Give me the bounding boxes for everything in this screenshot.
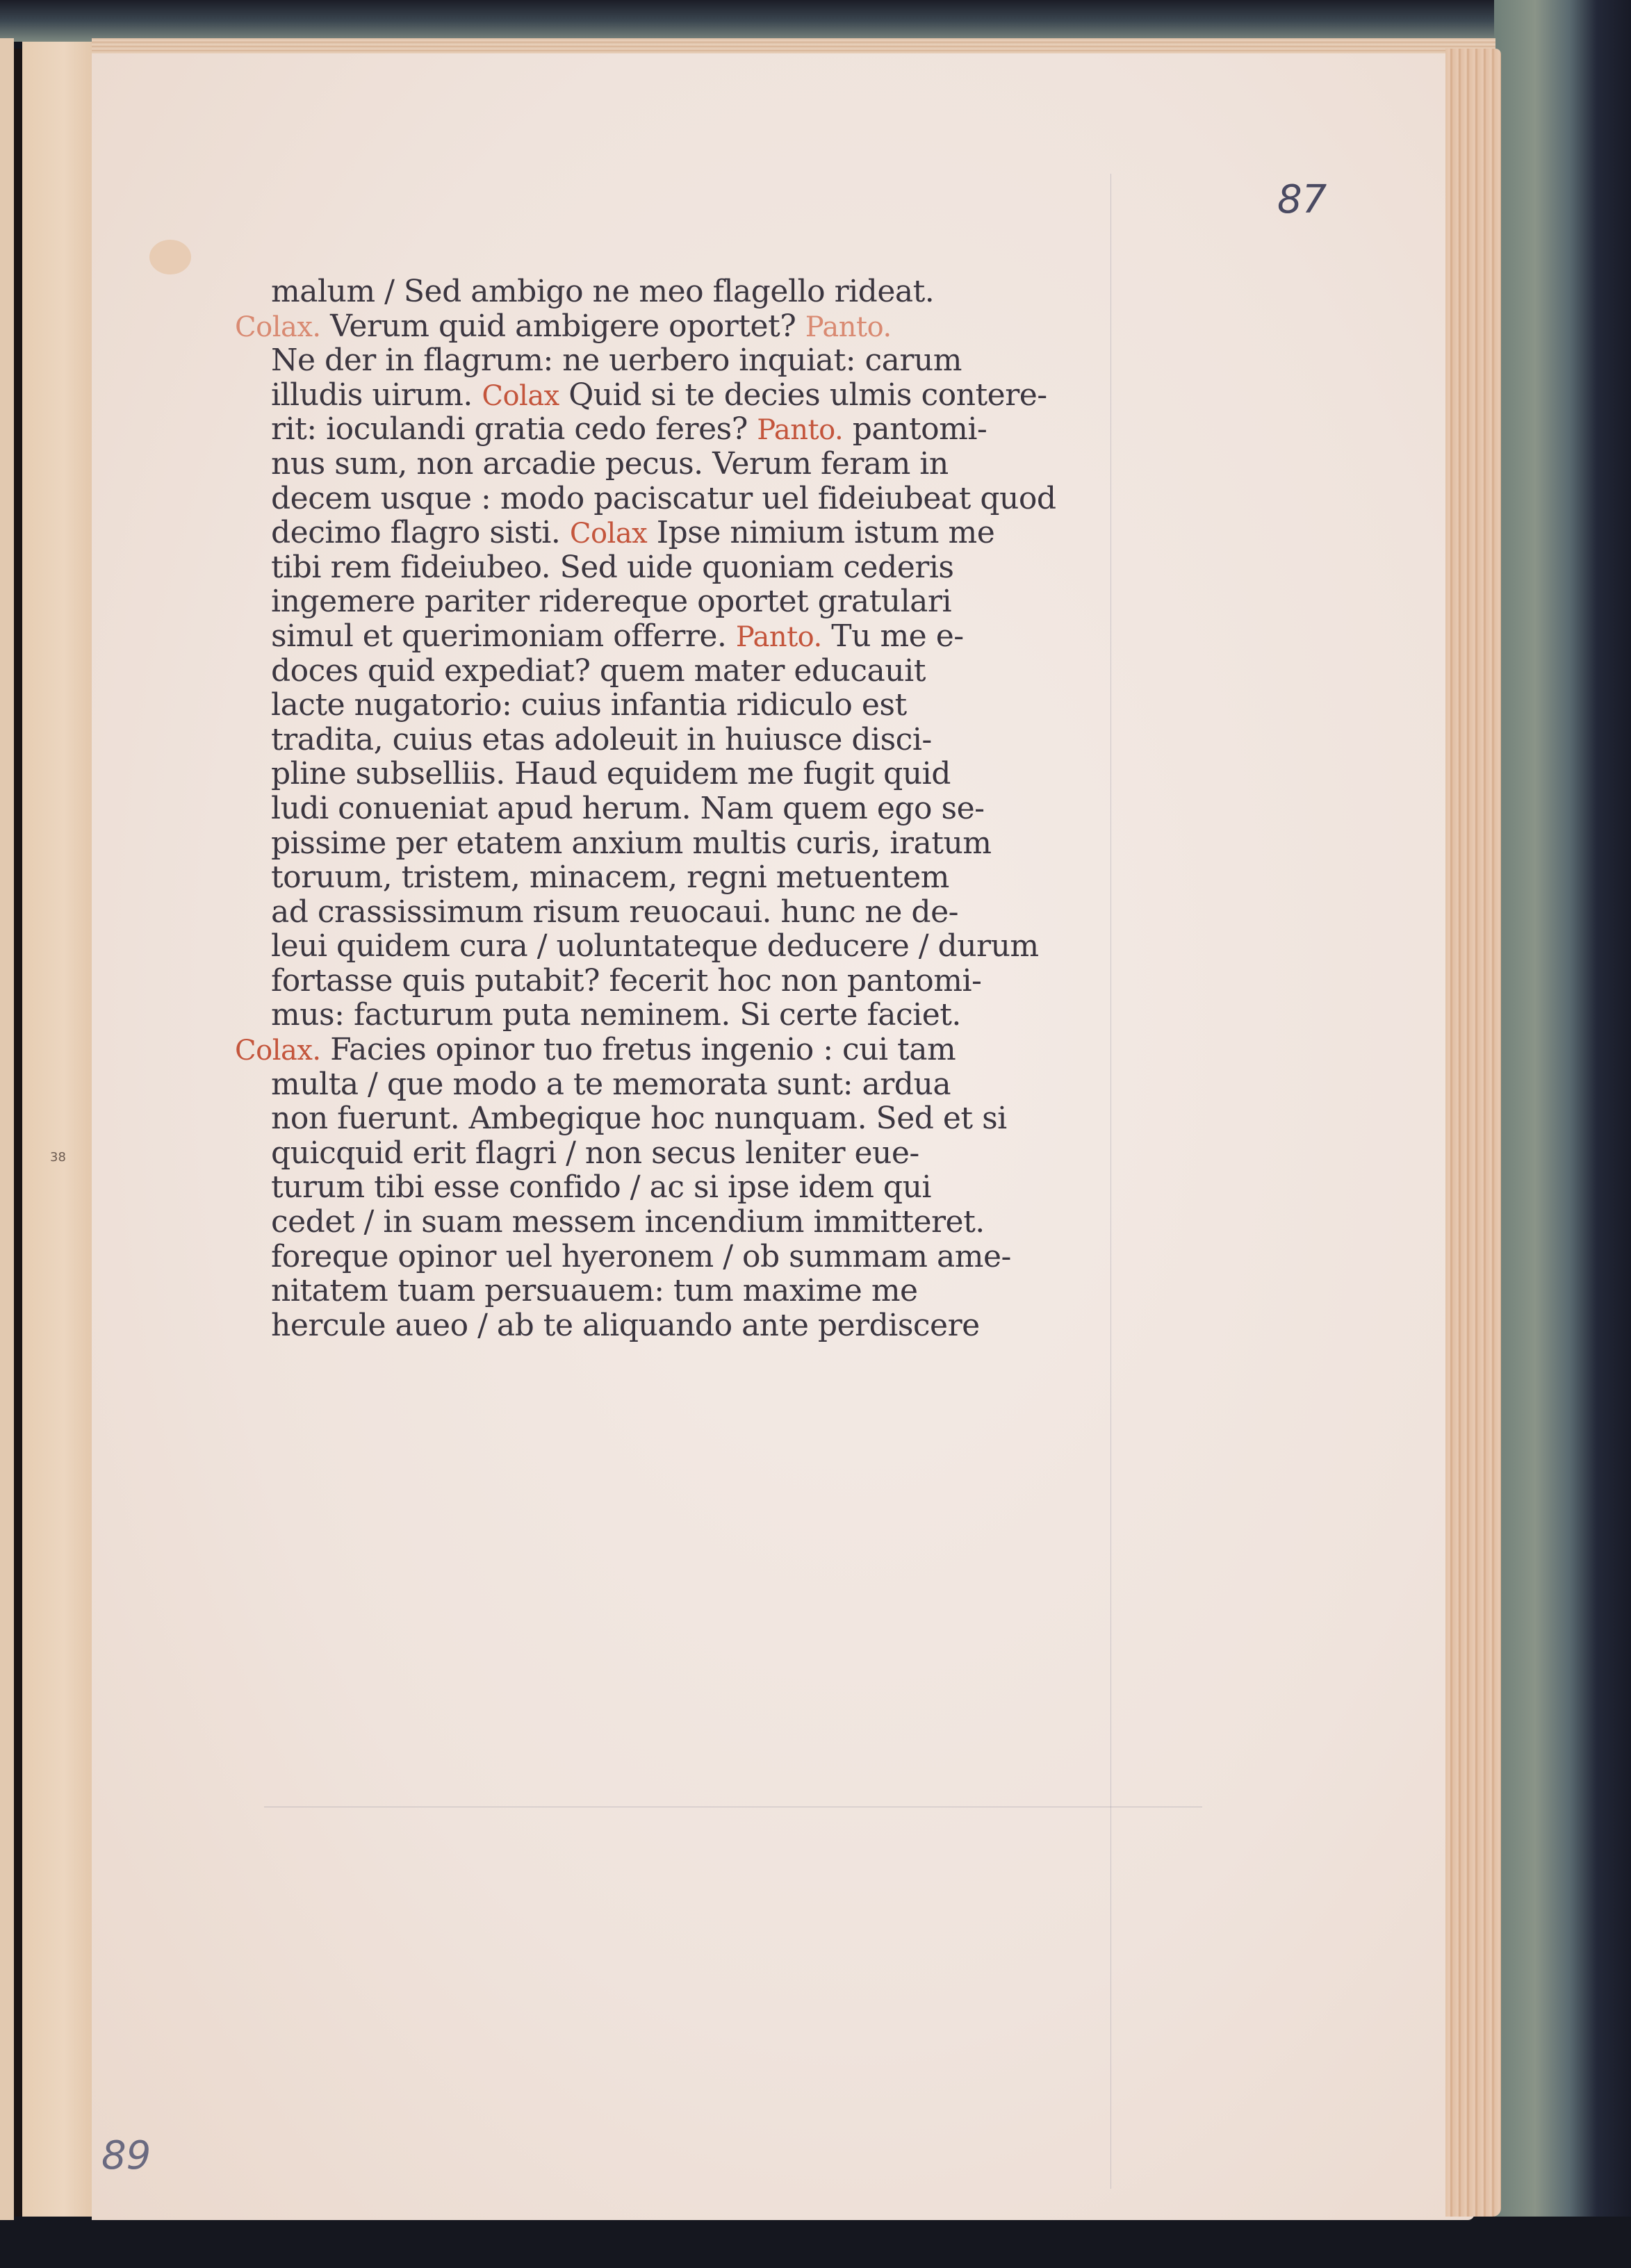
rubric-speaker-name: Panto. (805, 311, 892, 343)
text-segment: Ipse nimium istum me (647, 515, 994, 550)
rubric-speaker-name: Colax (570, 518, 647, 550)
text-segment: mus: facturum puta neminem. Si certe fac… (271, 997, 961, 1033)
text-segment: Ne der in flagrum: ne uerbero inquiat: c… (271, 343, 962, 378)
folio-number-top: 87 (1277, 177, 1327, 222)
page-top-edge (92, 38, 1495, 54)
text-line: hercule aueo / ab te aliquando ante perd… (271, 1308, 1147, 1343)
text-segment: malum / Sed ambigo ne meo flagello ridea… (271, 274, 934, 309)
text-line: cedet / in suam messem incendium immitte… (271, 1205, 1147, 1240)
binding-bottom (0, 2217, 1631, 2268)
text-segment: tradita, cuius etas adoleuit in huiusce … (271, 722, 932, 757)
text-segment: ingemere pariter ridereque oportet gratu… (271, 584, 951, 619)
text-line: decimo flagro sisti. Colax Ipse nimium i… (271, 516, 1147, 550)
text-line: Colax. Facies opinor tuo fretus ingenio … (235, 1033, 1147, 1067)
text-segment: nus sum, non arcadie pecus. Verum feram … (271, 446, 949, 482)
text-segment: fortasse quis putabit? fecerit hoc non p… (271, 963, 981, 999)
rubric-speaker-name: Panto. (757, 414, 843, 446)
text-segment: Verum quid ambigere oportet? (321, 309, 805, 344)
text-segment: pline subselliis. Haud equidem me fugit … (271, 756, 951, 791)
text-line: ad crassissimum risum reuocaui. hunc ne … (271, 895, 1147, 930)
text-segment: multa / que modo a te memorata sunt: ard… (271, 1067, 951, 1102)
text-line: leui quidem cura / uoluntateque deducere… (271, 929, 1147, 964)
text-line: doces quid expediat? quem mater educauit (271, 654, 1147, 689)
text-line: tibi rem fideiubeo. Sed uide quoniam ced… (271, 550, 1147, 585)
text-segment: ludi conueniat apud herum. Nam quem ego … (271, 791, 985, 826)
text-line: multa / que modo a te memorata sunt: ard… (271, 1067, 1147, 1102)
rubric-speaker-name: Colax. (235, 311, 321, 343)
text-line: Ne der in flagrum: ne uerbero inquiat: c… (271, 343, 1147, 378)
text-line: Colax. Verum quid ambigere oportet? Pant… (235, 309, 1147, 344)
text-segment: quicquid erit flagri / non secus leniter… (271, 1135, 919, 1171)
gutter (14, 49, 22, 2217)
folio-number-bottom: 89 (101, 2133, 151, 2178)
text-segment: nitatem tuam persuauem: tum maxime me (271, 1273, 918, 1308)
rubric-speaker-name: Colax (482, 380, 559, 412)
text-segment: pantomi- (843, 411, 987, 447)
text-segment: Tu me e- (822, 618, 964, 654)
binding-stub (22, 42, 92, 2217)
text-block: malum / Sed ambigo ne meo flagello ridea… (271, 274, 1147, 1342)
verso-page-edge (0, 38, 14, 2220)
text-segment: Quid si te decies ulmis contere- (559, 377, 1047, 413)
text-line: ludi conueniat apud herum. Nam quem ego … (271, 791, 1147, 826)
text-segment: tibi rem fideiubeo. Sed uide quoniam ced… (271, 550, 953, 585)
text-line: turum tibi esse confido / ac si ipse ide… (271, 1170, 1147, 1205)
text-line: non fuerunt. Ambegique hoc nunquam. Sed … (271, 1101, 1147, 1136)
binding-cover-right (1494, 0, 1631, 2268)
page-fore-edge (1445, 49, 1501, 2217)
text-segment: non fuerunt. Ambegique hoc nunquam. Sed … (271, 1101, 1007, 1136)
text-line: illudis uirum. Colax Quid si te decies u… (271, 378, 1147, 413)
text-line: toruum, tristem, minacem, regni metuente… (271, 860, 1147, 895)
text-line: rit: iocu­landi gratia cedo feres? Panto… (271, 412, 1147, 447)
text-segment: lacte nugatorio: cuius infantia ridiculo… (271, 687, 907, 723)
text-segment: rit: iocu­landi gratia cedo feres? (271, 411, 757, 447)
binding-top (0, 0, 1631, 42)
text-segment: cedet / in suam messem incendium immitte… (271, 1204, 985, 1240)
text-line: malum / Sed ambigo ne meo flagello ridea… (271, 274, 1147, 309)
text-segment: doces quid expediat? quem mater educauit (271, 653, 926, 689)
rubric-speaker-name: Panto. (736, 621, 822, 653)
text-line: lacte nugatorio: cuius infantia ridiculo… (271, 688, 1147, 723)
stub-margin-note: 38 (50, 1150, 66, 1165)
text-segment: pissime per etatem anxium multis curis, … (271, 825, 992, 861)
text-line: ingemere pariter ridereque oportet gratu… (271, 584, 1147, 619)
rubric-speaker-name: Colax. (235, 1035, 321, 1067)
text-segment: decem usque : modo paciscatur uel fideiu… (271, 481, 1056, 516)
text-segment: simul et querimoniam offerre. (271, 618, 736, 654)
text-line: tradita, cuius etas adoleuit in huiusce … (271, 723, 1147, 757)
text-line: pissime per etatem anxium multis curis, … (271, 826, 1147, 861)
text-segment: Facies opinor tuo fretus ingenio : cui t… (321, 1032, 956, 1067)
text-segment: toruum, tristem, minacem, regni metuente… (271, 860, 949, 895)
text-segment: turum tibi esse confido / ac si ipse ide… (271, 1169, 931, 1205)
text-line: simul et querimoniam offerre. Panto. Tu … (271, 619, 1147, 654)
text-line: nitatem tuam persuauem: tum maxime me (271, 1274, 1147, 1308)
text-line: fortasse quis putabit? fecerit hoc non p… (271, 964, 1147, 999)
foxing-stain (149, 240, 191, 274)
text-line: quicquid erit flagri / non secus leniter… (271, 1136, 1147, 1171)
text-segment: hercule aueo / ab te aliquando ante perd… (271, 1308, 980, 1343)
ruling-line-horizontal (264, 1807, 1202, 1807)
text-segment: illudis uirum. (271, 377, 482, 413)
text-line: pline subselliis. Haud equidem me fugit … (271, 757, 1147, 791)
text-segment: foreque opinor uel hyeronem / ob summam … (271, 1239, 1011, 1274)
text-line: mus: facturum puta neminem. Si certe fac… (271, 998, 1147, 1033)
text-segment: ad crassissimum risum reuocaui. hunc ne … (271, 894, 958, 930)
text-line: foreque opinor uel hyeronem / ob summam … (271, 1240, 1147, 1274)
text-line: nus sum, non arcadie pecus. Verum feram … (271, 447, 1147, 482)
text-line: decem usque : modo paciscatur uel fideiu… (271, 482, 1147, 516)
text-segment: decimo flagro sisti. (271, 515, 570, 550)
text-segment: leui quidem cura / uoluntateque deducere… (271, 928, 1039, 964)
